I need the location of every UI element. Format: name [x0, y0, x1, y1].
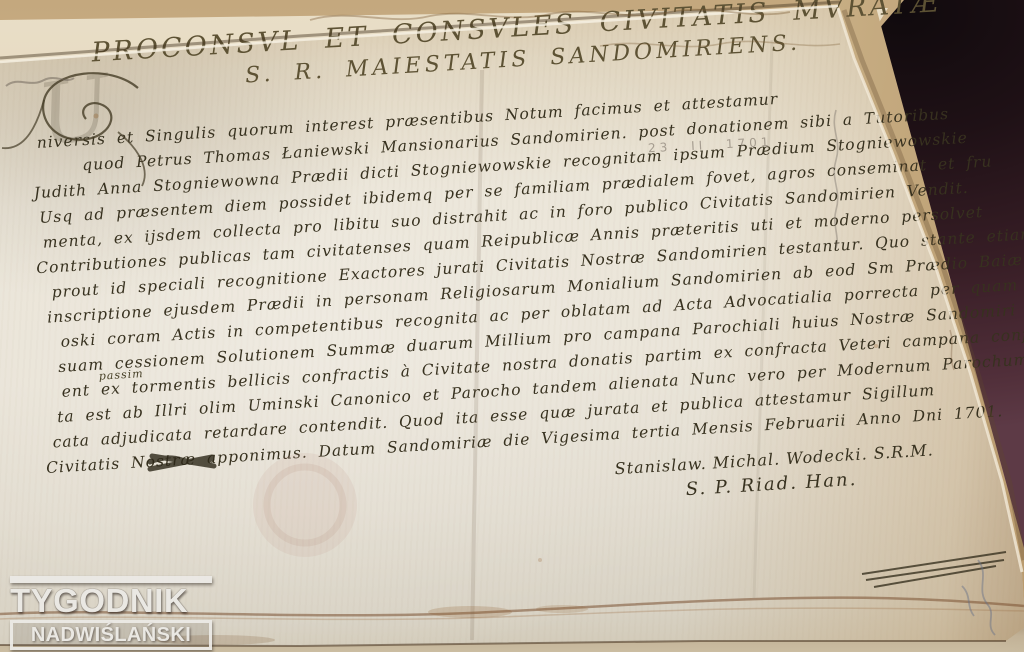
manuscript-content: PROCONSVL ET CONSVLES CIVITATIS MVRATÆ S… — [16, 0, 1010, 538]
doc-body: niversis et Singulis quorum interest præ… — [22, 75, 1006, 482]
press-watermark: TYGODNIK NADWIŚLAŃSKI — [10, 576, 212, 650]
interlinear-note: passim — [98, 361, 144, 389]
watermark-title: TYGODNIK — [10, 584, 212, 617]
photo-stage: PROCONSVL ET CONSVLES CIVITATIS MVRATÆ S… — [0, 0, 1024, 652]
watermark-subtitle: NADWIŚLAŃSKI — [10, 620, 212, 650]
